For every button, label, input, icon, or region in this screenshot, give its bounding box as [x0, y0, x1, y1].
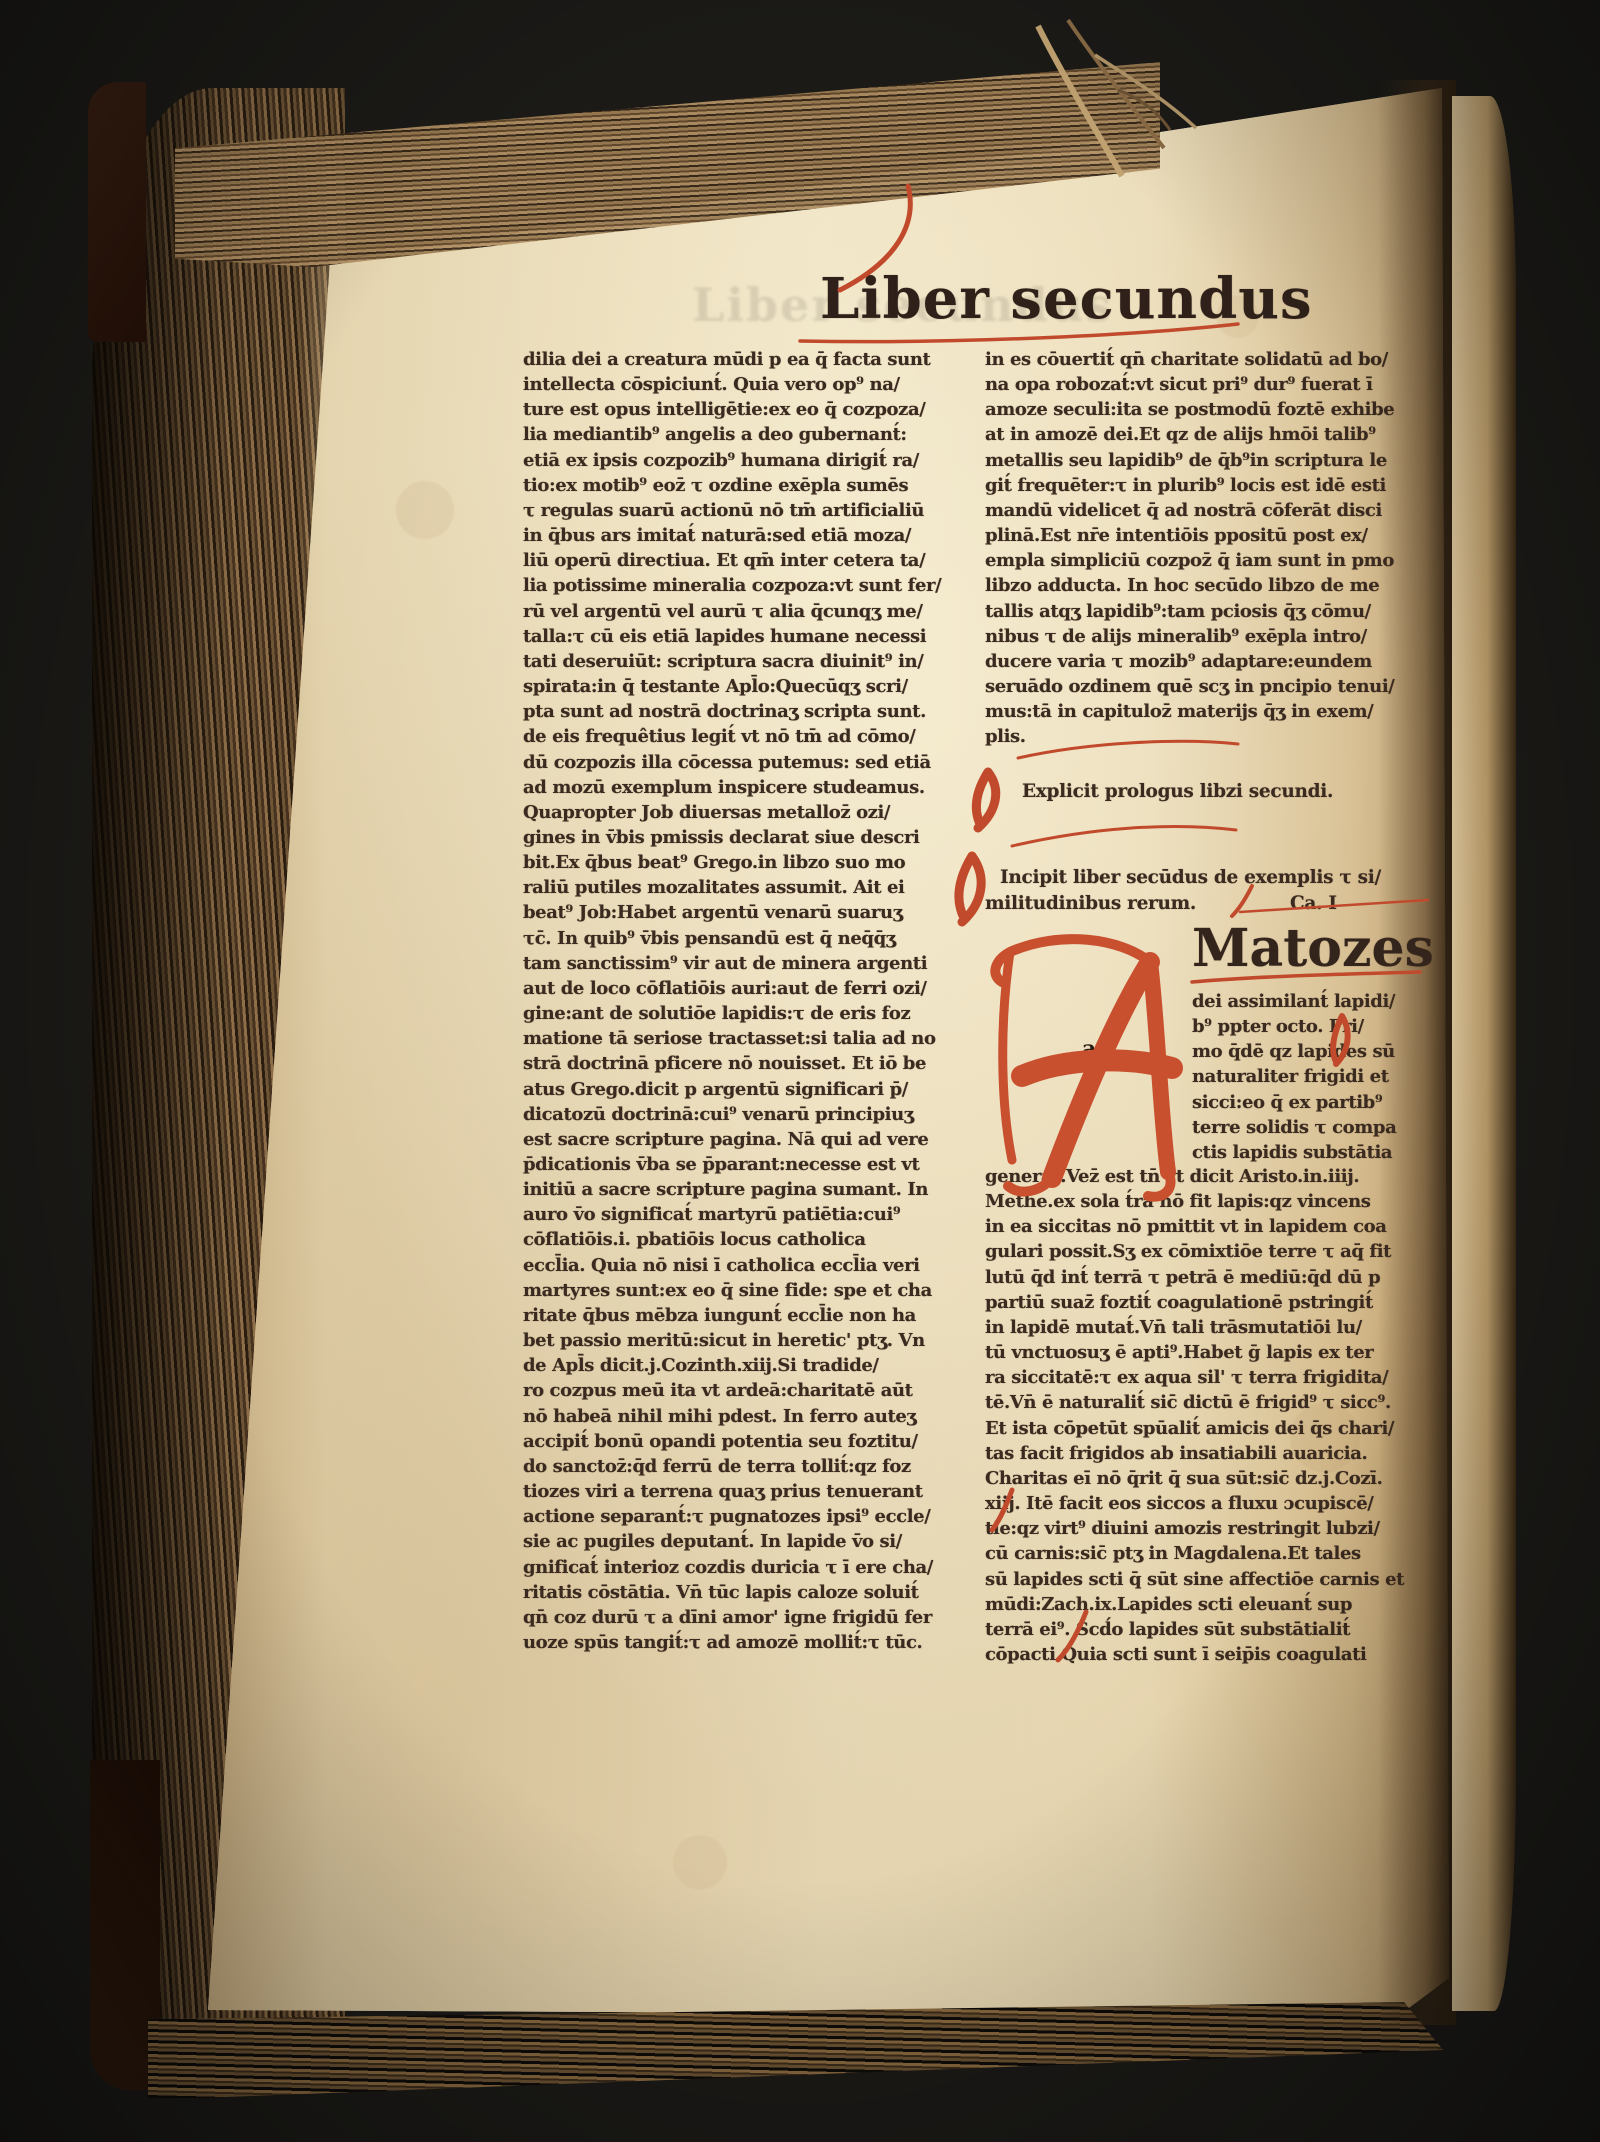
text-line: tiozes viri a terrena quaʒ prius tenuera…: [523, 1479, 975, 1504]
text-line: de eis frequêtius legit́ vt nō tm̄ ad cō…: [523, 724, 975, 749]
chapter-number: Ca. I: [1290, 893, 1337, 914]
text-line: Charitas eī nō q̄rit q̄ sua sūt:sic̄ dz.…: [985, 1466, 1419, 1491]
text-line: na opa robozat́:vt sicut pri⁹ dur⁹ fuera…: [985, 372, 1419, 397]
running-title: Liber secundus: [820, 266, 1280, 332]
text-line: sie ac pugiles deputant́. In lapide v̄o …: [523, 1529, 975, 1554]
text-line: ture est opus intelligētie:ex eo q̄ cozp…: [523, 397, 975, 422]
text-line: talla:τ cū eis etiā lapides humane neces…: [523, 624, 975, 649]
text-line: cōpacti.Quia scti sunt ī seip̄is coagula…: [985, 1642, 1419, 1667]
text-line: in ea siccitas nō pmittit vt in lapidem …: [985, 1214, 1419, 1239]
text-line: tio:ex motib⁹ eoz̄ τ ozdine exēpla sumēs: [523, 473, 975, 498]
text-line: martyres sunt:ex eo q̄ sine fide: spe et…: [523, 1278, 975, 1303]
incipit-rubric-line2: militudinibus rerum.: [985, 893, 1196, 914]
text-line: tas facit frigidos ab insatiabili auaric…: [985, 1441, 1419, 1466]
text-line: raliū putiles mozalitates assumit. Ait e…: [523, 875, 975, 900]
text-line: mus:tā in capituloz̄ materijs q̄ʒ in exe…: [985, 699, 1419, 724]
text-line: qn̄ coz durū τ a dīni amor' igne frigidū…: [523, 1605, 975, 1630]
text-line: tie:qz virt⁹ diuini amozis restringit lu…: [985, 1516, 1419, 1541]
right-text-column-prologue: in es cōuertit́ qn̄ charitate solidatū a…: [985, 347, 1419, 750]
text-line: cū carnis:sic̄ ptʒ in Magdalena.Et tales: [985, 1541, 1419, 1566]
text-line: terrā ei⁹. Scd́o lapides sūt substātiali…: [985, 1617, 1419, 1642]
text-line: amoze seculi:ita se postmodū foztē exhib…: [985, 397, 1419, 422]
explicit-rubric: Explicit prologus libzi secundi.: [1022, 781, 1333, 802]
text-line: sicci:eo q̄ ex partib⁹: [1192, 1090, 1418, 1115]
text-line: partiū suaz̄ foztit́ coagulationē pstrin…: [985, 1290, 1419, 1315]
text-line: atus Grego.dicit p argentū significari p…: [523, 1077, 975, 1102]
text-line: matione tā seriose tractasset:si talia a…: [523, 1026, 975, 1051]
text-line: at in amozē dei.Et qz de alijs hmōi tali…: [985, 422, 1419, 447]
facing-page-edge: [1452, 96, 1516, 2011]
text-line: libzo adducta. In hoc secūdo libzo de me: [985, 573, 1419, 598]
text-line: gnificat́ interioz cozdis duricia τ ī er…: [523, 1555, 975, 1580]
text-line: generat́.Vez̄ est tn̄ vt dicit Aristo.in…: [985, 1164, 1419, 1189]
text-line: est sacre scripture pagina. Nā qui ad ve…: [523, 1127, 975, 1152]
text-line: tallis atqʒ lapidib⁹:tam pciosis q̄ʒ cōm…: [985, 599, 1419, 624]
text-line: dicatozū doctrinā:cui⁹ venarū principiuʒ: [523, 1102, 975, 1127]
initial-guide-letter: a: [1082, 1036, 1096, 1062]
text-line: auro v̄o significat́ martyrū patiētia:cu…: [523, 1202, 975, 1227]
text-line: xiij. Itē facit eos siccos a fluxu ɔcupi…: [985, 1491, 1419, 1516]
text-line: tē.Vn̄ ē naturalit́ sic̄ dictū ē frigid⁹…: [985, 1390, 1419, 1415]
text-line: gine:ant de solutiōe lapidis:τ de eris f…: [523, 1001, 975, 1026]
text-line: gulari possit.Sʒ ex cōmixtiōe terre τ aq…: [985, 1239, 1419, 1264]
text-line: tū vnctuosuʒ ē apti⁹.Habet ḡ lapis ex te…: [985, 1340, 1419, 1365]
text-line: nibus τ de alijs mineralib⁹ exēpla intro…: [985, 624, 1419, 649]
text-line: cōflatiōis.i. pbatiōis locus catholica: [523, 1227, 975, 1252]
text-line: initiū a sacre scripture pagina sumant. …: [523, 1177, 975, 1202]
text-line: b⁹ ppter octo. Pri/: [1192, 1014, 1418, 1039]
text-line: ritate q̄bus mēbza iungunt́ eccl̄ie non …: [523, 1303, 975, 1328]
text-line: metallis seu lapidib⁹ de q̄b⁹in scriptur…: [985, 448, 1419, 473]
text-line: ad mozū exemplum inspicere studeamus.: [523, 775, 975, 800]
text-line: dū cozpozis illa cōcessa putemus: sed et…: [523, 750, 975, 775]
text-line: tam sanctissim⁹ vir aut de minera argent…: [523, 951, 975, 976]
text-line: gines in v̄bis pmissis declarat siue des…: [523, 825, 975, 850]
text-line: mo q̄dē qz lapides sū: [1192, 1039, 1418, 1064]
text-line: lia potissime mineralia cozpoza:vt sunt …: [523, 573, 975, 598]
text-line: tati deseruiūt: scriptura sacra diuinit⁹…: [523, 649, 975, 674]
text-line: actione separant́:τ pugnatozes ipsi⁹ ecc…: [523, 1504, 975, 1529]
left-text-column: dilia dei a creatura mūdi p ea q̄ facta …: [523, 347, 975, 1655]
text-line: bet passio meritū:sicut in heretic' ptʒ.…: [523, 1328, 975, 1353]
text-line: bit.Ex q̄bus beat⁹ Grego.in libzo suo mo: [523, 850, 975, 875]
text-line: τ regulas suarū actionū nō tm̄ artificia…: [523, 498, 975, 523]
text-line: accipit́ bonū opandi potentia seu foztit…: [523, 1429, 975, 1454]
photographed-book-page: Liber secundus Liber secundus dilia dei …: [0, 0, 1600, 2142]
text-line: lia mediantib⁹ angelis a deo gubernant́:: [523, 422, 975, 447]
text-line: pta sunt ad nostrā doctrinaʒ scripta sun…: [523, 699, 975, 724]
text-line: rū vel argentū vel aurū τ alia q̄cunqʒ m…: [523, 599, 975, 624]
text-line: seruādo ozdinem quē scʒ in pncipio tenui…: [985, 674, 1419, 699]
text-line: sū lapides scti q̄ sūt sine affectiōe ca…: [985, 1567, 1419, 1592]
text-line: dei assimilant́ lapidi/: [1192, 989, 1418, 1014]
text-line: in q̄bus ars imitat́ naturā:sed etiā moz…: [523, 523, 975, 548]
text-line: p̄dicationis v̄ba se p̄parant:necesse es…: [523, 1152, 975, 1177]
text-line: liū operū directiua. Et qm̄ inter cetera…: [523, 548, 975, 573]
text-line: in es cōuertit́ qn̄ charitate solidatū a…: [985, 347, 1419, 372]
text-line: intellecta cōspiciunt́. Quia vero op⁹ na…: [523, 372, 975, 397]
text-line: lutū q̄d int́ terrā τ petrā ē mediū:q̄d …: [985, 1265, 1419, 1290]
text-line: ducere varia τ mozib⁹ adaptare:eundem: [985, 649, 1419, 674]
chapter-lines-beside-initial: dei assimilant́ lapidi/b⁹ ppter octo. Pr…: [1192, 989, 1418, 1165]
text-line: terre solidis τ compa: [1192, 1115, 1418, 1140]
incipit-rubric-line1: Incipit liber secūdus de exemplis τ si/: [1000, 867, 1381, 888]
text-line: git́ frequēter:τ in plurib⁹ locis est id…: [985, 473, 1419, 498]
text-line: do sanctoz̄:q̄d ferrū de terra tollit́:q…: [523, 1454, 975, 1479]
text-line: empla simpliciū cozpoz̄ q̄ iam sunt in p…: [985, 548, 1419, 573]
text-line: dilia dei a creatura mūdi p ea q̄ facta …: [523, 347, 975, 372]
chapter-body-lines: generat́.Vez̄ est tn̄ vt dicit Aristo.in…: [985, 1164, 1419, 1667]
binding-leather-top: [88, 82, 146, 342]
text-line: in lapidē mutat́.Vn̄ tali trāsmutatiōi l…: [985, 1315, 1419, 1340]
text-line: Quapropter Job diuersas metalloz̄ ozi/: [523, 800, 975, 825]
text-line: beat⁹ Job:Habet argentū venarū suaruʒ: [523, 900, 975, 925]
text-line: ctis lapidis substātia: [1192, 1140, 1418, 1165]
text-line: Methe.ex sola t́ra nō fit lapis:qz vince…: [985, 1189, 1419, 1214]
text-line: aut de loco cōflatiōis auri:aut de ferri…: [523, 976, 975, 1001]
text-line: Et ista cōpetūt spūalit́ amicis dei q̄s …: [985, 1416, 1419, 1441]
text-line: plinā.Est nr̄e intentiōis ppositū post e…: [985, 523, 1419, 548]
text-line: naturaliter frigidi et: [1192, 1064, 1418, 1089]
text-line: uoze spūs tangit́:τ ad amozē mollit́:τ t…: [523, 1630, 975, 1655]
text-line: mandū videlicet q̄ ad nostrā cōferāt dis…: [985, 498, 1419, 523]
text-line: nō habeā nihil mihi pdest. In ferro aute…: [523, 1404, 975, 1429]
text-line: mūdi:Zach.ix.Lapides scti eleuant́ sup: [985, 1592, 1419, 1617]
text-line: ro cozpus meū ita vt ardeā:charitatē aūt: [523, 1378, 975, 1403]
text-line: spirata:in q̄ testante Apl̄o:Quecūqʒ scr…: [523, 674, 975, 699]
text-line: eccl̄ia. Quia nō nisi ī catholica eccl̄i…: [523, 1253, 975, 1278]
text-line: ritatis cōstātia. Vn̄ tūc lapis caloze s…: [523, 1580, 975, 1605]
text-line: strā doctrinā pficere nō nouisset. Et iō…: [523, 1051, 975, 1076]
chapter-opening-word: Matozes: [1192, 918, 1434, 979]
text-line: τc̄. In quib⁹ v̄bis pensandū est q̄ neq̄…: [523, 926, 975, 951]
text-line: de Apl̄s dicit.j.Cozinth.xiij.Si tradide…: [523, 1353, 975, 1378]
text-line: ra siccitatē:τ ex aqua sil' τ terra frig…: [985, 1365, 1419, 1390]
text-line: plis.: [985, 724, 1419, 749]
text-line: etiā ex ipsis cozpozib⁹ humana dirigit́ …: [523, 448, 975, 473]
